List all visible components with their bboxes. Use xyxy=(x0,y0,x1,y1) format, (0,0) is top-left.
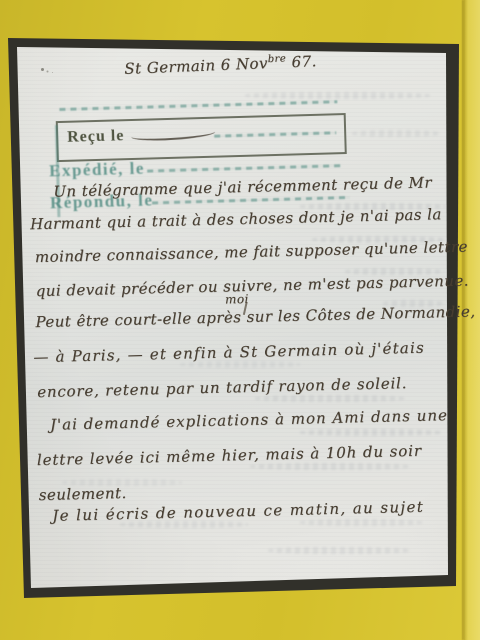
date-year: 67. xyxy=(286,52,317,71)
handwriting-line: seulement. xyxy=(39,484,127,504)
handwriting-line: Un télégramme que j'ai récemment reçu de… xyxy=(53,173,432,200)
handwriting-line: J'ai demandé explications à mon Ami dans… xyxy=(50,406,448,434)
handwriting-line: encore, retenu par un tardif rayon de so… xyxy=(37,374,407,401)
handwriting-line: Harmant qui a trait à des choses dont je… xyxy=(30,205,442,233)
letter-photograph: Reçu le Expédié, le Répondu, le St Germa… xyxy=(0,0,480,640)
handwriting-line: moindre connaissance, me fait supposer q… xyxy=(35,238,468,267)
handwriting-line: Peut être court-elle après sur les Côtes… xyxy=(35,302,475,331)
handwriting-line: qui devait précéder ou suivre, ne m'est … xyxy=(36,272,470,301)
handwriting-line: lettre levée ici même hier, mais à 10h d… xyxy=(37,442,422,469)
date-place: St Germain 6 Nov xyxy=(124,54,268,78)
date-superscript: bre xyxy=(268,53,287,65)
handwriting-line: — à Paris, — et enfin à St Germain où j'… xyxy=(33,339,425,367)
handwritten-text: St Germain 6 Novbre 67. Un télégramme qu… xyxy=(0,0,480,640)
date-line: St Germain 6 Novbre 67. xyxy=(124,52,317,78)
